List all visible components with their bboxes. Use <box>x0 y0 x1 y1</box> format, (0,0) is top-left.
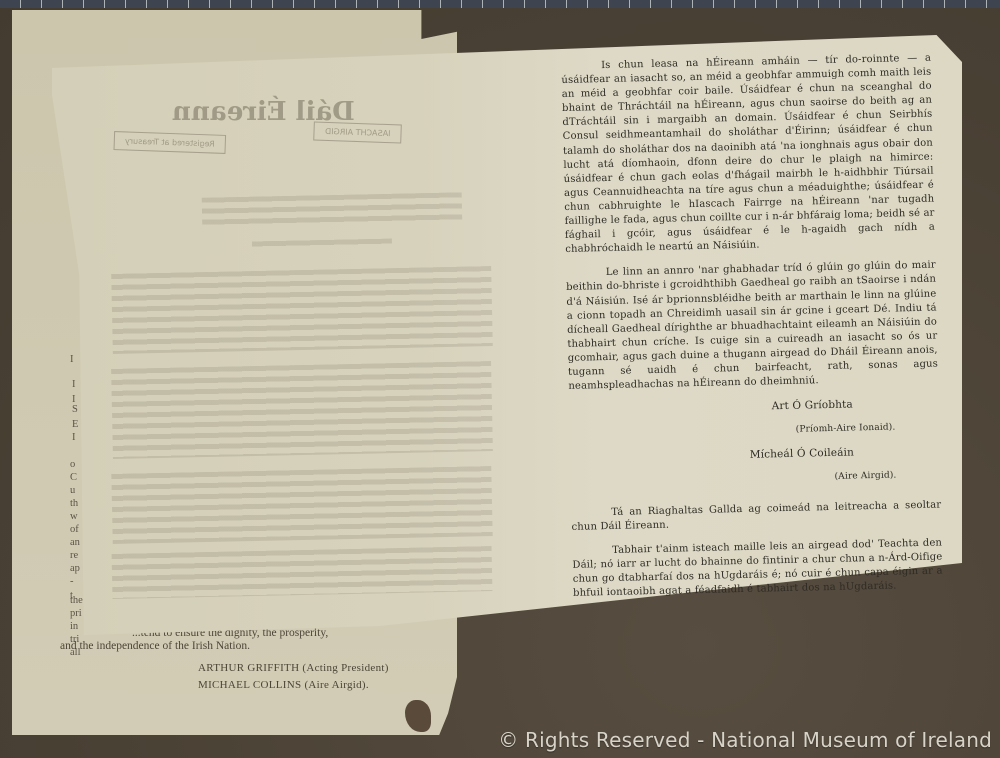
irish-footer-notes: Tá an Riaghaltas Gallda ag coimeád na le… <box>571 498 943 601</box>
signatory-name-griffith: Art Ó Gríobhta <box>569 398 853 419</box>
signatory-title-griffith: (Príomh-Aire Ionaid). <box>569 421 895 442</box>
show-through-heading <box>252 239 392 252</box>
fragment: S <box>72 403 78 417</box>
show-through-box-right: IASACHT AIRGID <box>314 121 402 143</box>
signatory-name-collins: Mícheál Ó Coileáin <box>570 446 854 467</box>
fragment: of <box>70 523 79 537</box>
fragment: an <box>70 536 80 550</box>
footer-note-instructions: Tabhair t'ainm isteach maille leis an ai… <box>572 536 943 601</box>
fragment: E <box>72 418 78 432</box>
fragment: th <box>70 497 78 511</box>
fragment: pri <box>70 607 82 621</box>
fragment: the <box>70 594 83 608</box>
fragment: I <box>70 353 74 367</box>
fragment: in <box>70 620 78 634</box>
footer-note-letters: Tá an Riaghaltas Gallda ag coimeád na le… <box>571 498 942 535</box>
paragraph-generations: Le linn an annro 'nar ghabhadar tríd ó g… <box>566 259 939 394</box>
fragment: C <box>70 471 77 485</box>
paragraph-loan-purpose: Is chun leasa na hÉireann amháin — tír d… <box>561 52 935 258</box>
closing-line-2: and the independence of the Irish Nation… <box>60 640 250 652</box>
signatory-title-collins: (Aire Airgid). <box>570 469 896 490</box>
irish-text-column: Is chun leasa na hÉireann amháin — tír d… <box>561 52 943 611</box>
irish-signatures: Art Ó Gríobhta (Príomh-Aire Ionaid). Míc… <box>569 396 941 491</box>
show-through-text-block <box>202 192 463 229</box>
fragment: ap <box>70 562 80 576</box>
fragment: I <box>72 378 76 392</box>
measuring-ruler <box>0 0 1000 8</box>
fragment: u <box>70 484 75 498</box>
show-through-text-block <box>111 466 492 544</box>
fragment: I <box>72 431 76 445</box>
signatory-griffith: ARTHUR GRIFFITH (Acting President) <box>198 662 389 674</box>
show-through-text-block <box>111 361 493 459</box>
show-through-text-block <box>111 266 493 354</box>
fragment: w <box>70 510 78 524</box>
copyright-watermark: © Rights Reserved - National Museum of I… <box>498 728 992 752</box>
show-through-text-block <box>112 546 493 599</box>
fragment: re <box>70 549 78 563</box>
show-through-box-left: Registered at Treasury <box>114 131 226 154</box>
signatory-collins: MICHAEL COLLINS (Aire Airgid). <box>198 679 369 691</box>
fragment: o <box>70 458 75 472</box>
